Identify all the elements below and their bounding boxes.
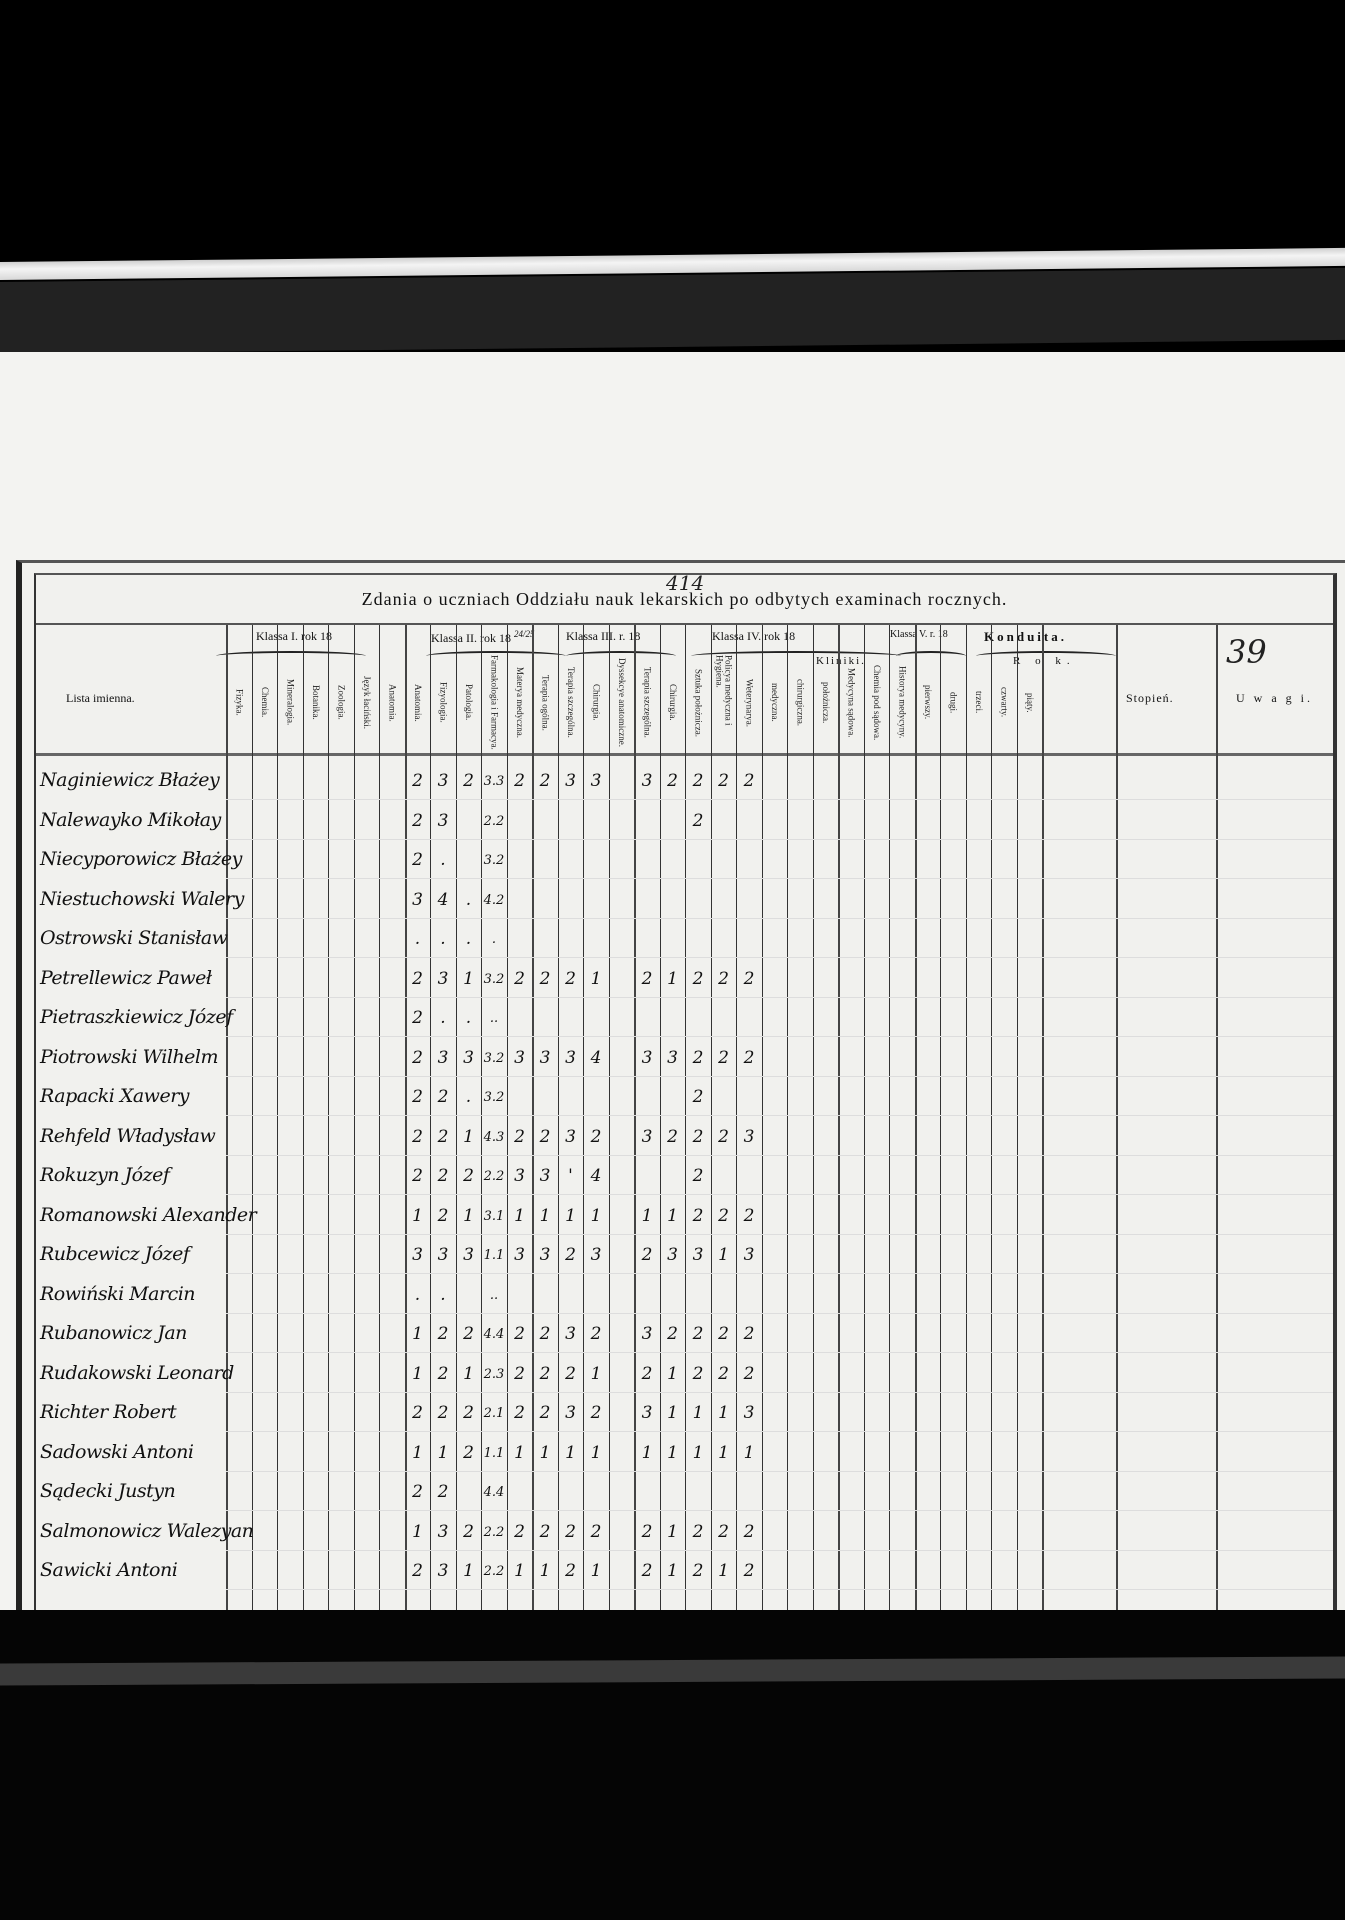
grade-cell: 2 xyxy=(405,1008,431,1028)
grade-cell: 2 xyxy=(507,1522,533,1542)
row-rule xyxy=(226,1431,1333,1432)
grade-cell: 2 xyxy=(456,1403,482,1423)
grade-cell: 3 xyxy=(532,1048,558,1068)
grade-cell: 3 xyxy=(430,1522,456,1542)
column-header: piąty. xyxy=(1017,655,1043,750)
grade-cell: 2 xyxy=(456,1166,482,1186)
student-name: Sawicki Antoni xyxy=(40,1559,177,1581)
column-header: Materya medyczna. xyxy=(507,655,533,750)
grade-cell: 2 xyxy=(736,771,762,791)
grade-cell: 2 xyxy=(405,1166,431,1186)
grade-cell: 3 xyxy=(456,1245,482,1265)
row-rule xyxy=(226,1510,1333,1511)
grade-cell: 1 xyxy=(711,1443,737,1463)
column-header: czwarty. xyxy=(991,655,1017,750)
grade-cell: 1 xyxy=(660,969,686,989)
grade-cell: 2 xyxy=(711,1522,737,1542)
grade-cell: . xyxy=(405,1285,431,1305)
grade-cell: . xyxy=(481,932,507,947)
grade-cell: 1 xyxy=(634,1206,660,1226)
grade-cell: 3 xyxy=(430,1561,456,1581)
grade-cell: 1 xyxy=(456,1206,482,1226)
grade-cell: 2 xyxy=(660,1324,686,1344)
column-header: Medycyna sądowa. xyxy=(838,655,864,750)
grade-cell: 1 xyxy=(711,1403,737,1423)
table-row: Nalewayko Mikołay232.22 xyxy=(36,803,1333,841)
grade-cell: 2 xyxy=(685,811,711,831)
grade-cell: 2 xyxy=(736,1324,762,1344)
grade-cell: 1 xyxy=(634,1443,660,1463)
grade-cell: 1 xyxy=(685,1403,711,1423)
grade-cell: 4.4 xyxy=(481,1485,507,1500)
table-row: Romanowski Alexander1213.1111111222 xyxy=(36,1198,1333,1236)
row-rule xyxy=(226,1273,1333,1274)
group-klassa-3: Klassa III. r. 18 xyxy=(566,629,640,644)
grade-cell: 1 xyxy=(456,1127,482,1147)
grade-cell: 3 xyxy=(405,890,431,910)
column-header: Historya medycyny. xyxy=(889,655,915,750)
grade-cell: 1 xyxy=(660,1561,686,1581)
grade-cell: 2 xyxy=(711,1127,737,1147)
grade-cell: . xyxy=(456,929,482,949)
column-header: Botanika. xyxy=(303,655,329,750)
row-rule xyxy=(226,1036,1333,1037)
row-rule xyxy=(226,1550,1333,1551)
grade-cell: 2 xyxy=(583,1324,609,1344)
row-rule xyxy=(226,1471,1333,1472)
grade-cell: 1 xyxy=(583,1206,609,1226)
group-klassa-4: Klassa IV. rok 18 xyxy=(712,629,795,644)
grade-cell: 3 xyxy=(558,1048,584,1068)
table-row: Niestuchowski Walery34.4.2 xyxy=(36,882,1333,920)
lista-imienna-header: Lista imienna. xyxy=(66,691,135,706)
grade-cell: 2 xyxy=(405,1403,431,1423)
grade-cell: 3 xyxy=(507,1166,533,1186)
grade-cell: 1 xyxy=(532,1443,558,1463)
grade-cell: 3 xyxy=(430,771,456,791)
table-row: Rubcewicz Józef3331.1332323313 xyxy=(36,1237,1333,1275)
table-row: Richter Robert2222.1223231113 xyxy=(36,1395,1333,1433)
grade-cell: 2 xyxy=(405,1087,431,1107)
row-rule xyxy=(226,918,1333,919)
grade-cell: 1 xyxy=(507,1443,533,1463)
student-name: Ostrowski Stanisław xyxy=(40,927,227,949)
grade-cell: 2 xyxy=(685,1127,711,1147)
grade-cell: 2 xyxy=(456,1443,482,1463)
grade-cell: 2 xyxy=(405,771,431,791)
row-rule xyxy=(226,957,1333,958)
grade-cell: 2 xyxy=(685,1324,711,1344)
grade-cell: 4 xyxy=(583,1048,609,1068)
grade-cell: 2 xyxy=(532,1364,558,1384)
grade-cell: 2 xyxy=(456,1324,482,1344)
grade-cell: 2 xyxy=(634,1245,660,1265)
grade-cell: 2 xyxy=(507,1324,533,1344)
grade-cell: 2 xyxy=(685,1048,711,1068)
grade-cell: 1 xyxy=(456,1561,482,1581)
column-header: Chirurgia. xyxy=(660,655,686,750)
student-name: Rapacki Xawery xyxy=(40,1085,189,1107)
document-title: Zdania o uczniach Oddziału nauk lekarski… xyxy=(36,589,1333,610)
column-header: Policya medyczna i Hygiena. xyxy=(711,655,737,750)
grade-cell: 2 xyxy=(634,1561,660,1581)
grade-cell: 2 xyxy=(430,1206,456,1226)
table-row: Rapacki Xawery22.3.22 xyxy=(36,1079,1333,1117)
student-name: Pietraszkiewicz Józef xyxy=(40,1006,233,1028)
grade-cell: 2 xyxy=(532,1324,558,1344)
grade-cell: 2 xyxy=(736,1364,762,1384)
row-rule xyxy=(226,799,1333,800)
grade-cell: 3 xyxy=(532,1245,558,1265)
column-header: pierwszy. xyxy=(915,655,941,750)
grade-cell: 3 xyxy=(634,1048,660,1068)
grade-cell: 2 xyxy=(711,1324,737,1344)
column-header: Fizyologia. xyxy=(430,655,456,750)
table-row: Rokuzyn Józef2222.233'42 xyxy=(36,1158,1333,1196)
grade-cell: 2 xyxy=(507,969,533,989)
row-rule xyxy=(226,878,1333,879)
grade-cell: . xyxy=(430,850,456,870)
row-rule xyxy=(226,1076,1333,1077)
grade-cell: 1 xyxy=(532,1561,558,1581)
grade-cell: 2 xyxy=(507,1403,533,1423)
column-header: Terapia szczególna. xyxy=(558,655,584,750)
grade-cell: 3.3 xyxy=(481,774,507,789)
grade-cell: 1.1 xyxy=(481,1446,507,1461)
grade-cell: 1 xyxy=(583,969,609,989)
column-header: Mineralogia. xyxy=(277,655,303,750)
grade-cell: 1 xyxy=(532,1206,558,1226)
grade-cell: . xyxy=(456,890,482,910)
grade-cell: 1 xyxy=(405,1324,431,1344)
column-header: Patologia. xyxy=(456,655,482,750)
grade-cell: 1 xyxy=(583,1561,609,1581)
table-row: Sądecki Justyn224.4 xyxy=(36,1474,1333,1512)
grade-cell: 4.2 xyxy=(481,893,507,908)
grade-cell: 2 xyxy=(685,1364,711,1384)
student-name: Nalewayko Mikołay xyxy=(40,809,221,831)
row-rule xyxy=(226,997,1333,998)
group-klassa-1: Klassa I. rok 18 xyxy=(256,629,332,644)
grade-cell: 2.2 xyxy=(481,1525,507,1540)
grade-cell: 3 xyxy=(583,1245,609,1265)
student-name: Sadowski Antoni xyxy=(40,1441,193,1463)
student-name: Rowiński Marcin xyxy=(40,1283,195,1305)
student-name: Niecyporowicz Błażey xyxy=(40,848,242,870)
sheet-number: 39 xyxy=(1226,633,1267,671)
column-header: Terapia ogólna. xyxy=(532,655,558,750)
grade-cell: 2 xyxy=(711,1364,737,1384)
grade-cell: . xyxy=(456,1008,482,1028)
grade-cell: 2 xyxy=(685,771,711,791)
grade-cell: 1 xyxy=(558,1206,584,1226)
grade-cell: 1 xyxy=(711,1245,737,1265)
grade-cell: 2 xyxy=(430,1364,456,1384)
grade-cell: 2 xyxy=(558,969,584,989)
column-header: położnicza. xyxy=(813,655,839,750)
row-rule xyxy=(226,1194,1333,1195)
student-name: Rudakowski Leonard xyxy=(40,1362,234,1384)
film-gray-band xyxy=(0,268,1345,354)
grade-cell: 3.2 xyxy=(481,1051,507,1066)
grade-cell: 3 xyxy=(736,1403,762,1423)
grade-cell: 1 xyxy=(507,1561,533,1581)
grade-cell: 2.3 xyxy=(481,1367,507,1382)
student-name: Romanowski Alexander xyxy=(40,1204,256,1226)
table-row: Naginiewicz Błażey2323.3223332222 xyxy=(36,763,1333,801)
grade-cell: 2 xyxy=(405,1561,431,1581)
grade-cell: . xyxy=(405,929,431,949)
grade-cell: 2 xyxy=(736,1522,762,1542)
grade-cell: . xyxy=(430,1285,456,1305)
grade-cell: 2 xyxy=(711,969,737,989)
grade-cell: 3 xyxy=(456,1048,482,1068)
grade-cell: 3 xyxy=(430,969,456,989)
grade-cell: 2.1 xyxy=(481,1406,507,1421)
grade-cell: 2 xyxy=(456,1522,482,1542)
grade-cell: 2 xyxy=(634,1522,660,1542)
ledger-table: 414 Zdania o uczniach Oddziału nauk leka… xyxy=(34,573,1337,1613)
grade-cell: 2 xyxy=(532,1403,558,1423)
table-row: Petrellewicz Paweł2313.2222121222 xyxy=(36,961,1333,999)
grade-cell: 1 xyxy=(660,1206,686,1226)
grade-cell: 3 xyxy=(583,771,609,791)
group-klassa-2: Klassa II. rok 18 24/25 xyxy=(431,629,535,646)
grade-cell: 2 xyxy=(405,1127,431,1147)
grade-cell: 1 xyxy=(685,1443,711,1463)
grade-cell: 3 xyxy=(685,1245,711,1265)
grade-cell: 4 xyxy=(430,890,456,910)
grade-cell: 3 xyxy=(507,1245,533,1265)
grade-cell: 3 xyxy=(634,771,660,791)
grade-cell: . xyxy=(430,929,456,949)
grade-cell: .. xyxy=(481,1288,507,1303)
grade-cell: 1 xyxy=(430,1443,456,1463)
grade-cell: 1.1 xyxy=(481,1248,507,1263)
grade-cell: 2 xyxy=(558,1561,584,1581)
grade-cell: 2 xyxy=(532,771,558,791)
column-header: Język łaciński. xyxy=(354,655,380,750)
grade-cell: 4.4 xyxy=(481,1327,507,1342)
student-name: Rubcewicz Józef xyxy=(40,1243,189,1265)
grade-cell: 2 xyxy=(558,1364,584,1384)
grade-cell: 2 xyxy=(405,969,431,989)
stopien-header: Stopień. xyxy=(1126,691,1174,706)
grade-cell: 3.2 xyxy=(481,972,507,987)
table-row: Rehfeld Władysław2214.3223232223 xyxy=(36,1119,1333,1157)
row-rule xyxy=(226,1155,1333,1156)
row-rule xyxy=(226,1352,1333,1353)
grade-cell: 2 xyxy=(736,1206,762,1226)
grade-cell: 1 xyxy=(456,969,482,989)
table-row: Pietraszkiewicz Józef2.... xyxy=(36,1000,1333,1038)
grade-cell: 2 xyxy=(430,1166,456,1186)
grade-cell: 1 xyxy=(405,1206,431,1226)
film-border-top xyxy=(0,0,1345,250)
grade-cell: 3 xyxy=(430,1245,456,1265)
grade-cell: 3 xyxy=(558,771,584,791)
grade-cell: 2 xyxy=(736,1561,762,1581)
grade-cell: 2 xyxy=(685,1206,711,1226)
grade-cell: 2 xyxy=(507,1364,533,1384)
grade-cell: 2 xyxy=(634,1364,660,1384)
grade-cell: . xyxy=(456,1087,482,1107)
grade-cell: 4 xyxy=(583,1166,609,1186)
grade-cell: 2 xyxy=(405,1048,431,1068)
student-name: Niestuchowski Walery xyxy=(40,888,244,910)
student-name: Rokuzyn Józef xyxy=(40,1164,169,1186)
grade-cell: 2 xyxy=(405,811,431,831)
grade-cell: 2 xyxy=(558,1522,584,1542)
grade-cell: 3 xyxy=(634,1127,660,1147)
grade-cell: 3 xyxy=(660,1048,686,1068)
table-row: Niecyporowicz Błażey2.3.2 xyxy=(36,842,1333,880)
grade-cell: 2 xyxy=(583,1522,609,1542)
grade-cell: 2 xyxy=(711,771,737,791)
grade-cell: 2 xyxy=(532,1127,558,1147)
grade-cell: 3 xyxy=(430,1048,456,1068)
grade-cell: 2 xyxy=(736,1048,762,1068)
table-row: Rudakowski Leonard1212.3222121222 xyxy=(36,1356,1333,1394)
grade-cell: 1 xyxy=(711,1561,737,1581)
grade-cell: ' xyxy=(558,1166,584,1186)
row-rule xyxy=(226,1234,1333,1235)
grade-cell: 2 xyxy=(430,1482,456,1502)
grade-cell: 1 xyxy=(660,1522,686,1542)
grade-cell: 2 xyxy=(430,1087,456,1107)
column-header: medyczna. xyxy=(762,655,788,750)
grade-cell: 3.2 xyxy=(481,853,507,868)
grade-cell: 2 xyxy=(507,771,533,791)
column-header: drugi. xyxy=(940,655,966,750)
grade-cell: 1 xyxy=(405,1364,431,1384)
grade-cell: 1 xyxy=(583,1364,609,1384)
grade-cell: 2.2 xyxy=(481,1169,507,1184)
table-row: Piotrowski Wilhelm2333.2333433222 xyxy=(36,1040,1333,1078)
row-rule xyxy=(226,1313,1333,1314)
grade-cell: 1 xyxy=(456,1364,482,1384)
column-header: Farmakologia i Farmacya. xyxy=(481,655,507,750)
grade-cell: . xyxy=(430,1008,456,1028)
grade-cell: 1 xyxy=(660,1443,686,1463)
group-konduita: Konduita. xyxy=(984,629,1067,645)
student-name: Rubanowicz Jan xyxy=(40,1322,187,1344)
student-name: Salmonowicz Walezyan xyxy=(40,1520,253,1542)
grade-cell: 2 xyxy=(660,771,686,791)
grade-cell: 1 xyxy=(583,1443,609,1463)
grade-cell: 2 xyxy=(711,1048,737,1068)
group-klassa-2-label: Klassa II. rok 18 xyxy=(431,631,511,645)
grade-cell: 2 xyxy=(507,1127,533,1147)
grade-cell: 2 xyxy=(685,969,711,989)
grade-cell: 1 xyxy=(660,1403,686,1423)
column-header: Terapia szczególna. xyxy=(634,655,660,750)
grade-cell: 3 xyxy=(634,1403,660,1423)
grade-cell: 1 xyxy=(405,1443,431,1463)
grade-cell: 2 xyxy=(456,771,482,791)
column-header: Chirurgia. xyxy=(583,655,609,750)
grade-cell: 2 xyxy=(405,850,431,870)
student-name: Rehfeld Władysław xyxy=(40,1125,215,1147)
grade-cell: 1 xyxy=(660,1364,686,1384)
grade-cell: 3 xyxy=(430,811,456,831)
grade-cell: 2 xyxy=(532,969,558,989)
grade-cell: 3 xyxy=(634,1324,660,1344)
grade-cell: 3 xyxy=(736,1127,762,1147)
grade-cell: 2 xyxy=(685,1561,711,1581)
grade-cell: 3 xyxy=(405,1245,431,1265)
student-name: Piotrowski Wilhelm xyxy=(40,1046,218,1068)
student-name: Richter Robert xyxy=(40,1401,176,1423)
grade-cell: 2 xyxy=(685,1087,711,1107)
grade-cell: 2 xyxy=(430,1403,456,1423)
grade-cell: 3 xyxy=(660,1245,686,1265)
grade-cell: 2 xyxy=(558,1245,584,1265)
grade-cell: 2 xyxy=(736,969,762,989)
table-row: Ostrowski Stanisław.... xyxy=(36,921,1333,959)
grade-cell: 2 xyxy=(532,1522,558,1542)
column-header: Zoologia. xyxy=(328,655,354,750)
grade-cell: 2 xyxy=(583,1127,609,1147)
table-row: Sawicki Antoni2312.2112121212 xyxy=(36,1553,1333,1591)
table-row: Salmonowicz Walezyan1322.2222221222 xyxy=(36,1514,1333,1552)
grade-cell: 2.2 xyxy=(481,1564,507,1579)
grade-cell: .. xyxy=(481,1011,507,1026)
table-row: Rubanowicz Jan1224.4223232222 xyxy=(36,1316,1333,1354)
column-header: Anatomia. xyxy=(405,655,431,750)
grade-cell: 2 xyxy=(685,1166,711,1186)
grade-cell: 3 xyxy=(558,1403,584,1423)
column-header: Fizyka. xyxy=(226,655,252,750)
grade-cell: 3.1 xyxy=(481,1209,507,1224)
grade-cell: 2 xyxy=(430,1324,456,1344)
row-rule xyxy=(226,839,1333,840)
column-header: chirurgiczna. xyxy=(787,655,813,750)
row-rule xyxy=(226,1589,1333,1590)
student-name: Sądecki Justyn xyxy=(40,1480,175,1502)
column-header: trzeci. xyxy=(966,655,992,750)
grade-cell: 2 xyxy=(634,969,660,989)
grade-cell: 2.2 xyxy=(481,814,507,829)
grade-cell: 1 xyxy=(558,1443,584,1463)
grade-cell: 2 xyxy=(405,1482,431,1502)
grade-cell: 4.3 xyxy=(481,1130,507,1145)
column-header: Chemia. xyxy=(252,655,278,750)
table-row: Rowiński Marcin.... xyxy=(36,1277,1333,1315)
row-rule xyxy=(226,1115,1333,1116)
grade-cell: 3.2 xyxy=(481,1090,507,1105)
grade-cell: 2 xyxy=(660,1127,686,1147)
grade-cell: 3 xyxy=(532,1166,558,1186)
grade-cell: 2 xyxy=(583,1403,609,1423)
column-header: Dyssekcye anatomiczne. xyxy=(609,655,635,750)
film-border-bottom xyxy=(0,1610,1345,1920)
column-header: Anatomia. xyxy=(379,655,405,750)
column-header: Sztuka położnicza. xyxy=(685,655,711,750)
grade-cell: 2 xyxy=(711,1206,737,1226)
grade-cell: 1 xyxy=(736,1443,762,1463)
student-name: Naginiewicz Błażey xyxy=(40,769,219,791)
grade-cell: 2 xyxy=(430,1127,456,1147)
ledger-sheet: 414 Zdania o uczniach Oddziału nauk leka… xyxy=(16,560,1345,1613)
grade-cell: 1 xyxy=(507,1206,533,1226)
grade-cell: 1 xyxy=(405,1522,431,1542)
grade-cell: 3 xyxy=(507,1048,533,1068)
grade-cell: 2 xyxy=(685,1522,711,1542)
column-header: Chemia pod sądowa. xyxy=(864,655,890,750)
row-rule xyxy=(226,1392,1333,1393)
column-header: Weterynarya. xyxy=(736,655,762,750)
